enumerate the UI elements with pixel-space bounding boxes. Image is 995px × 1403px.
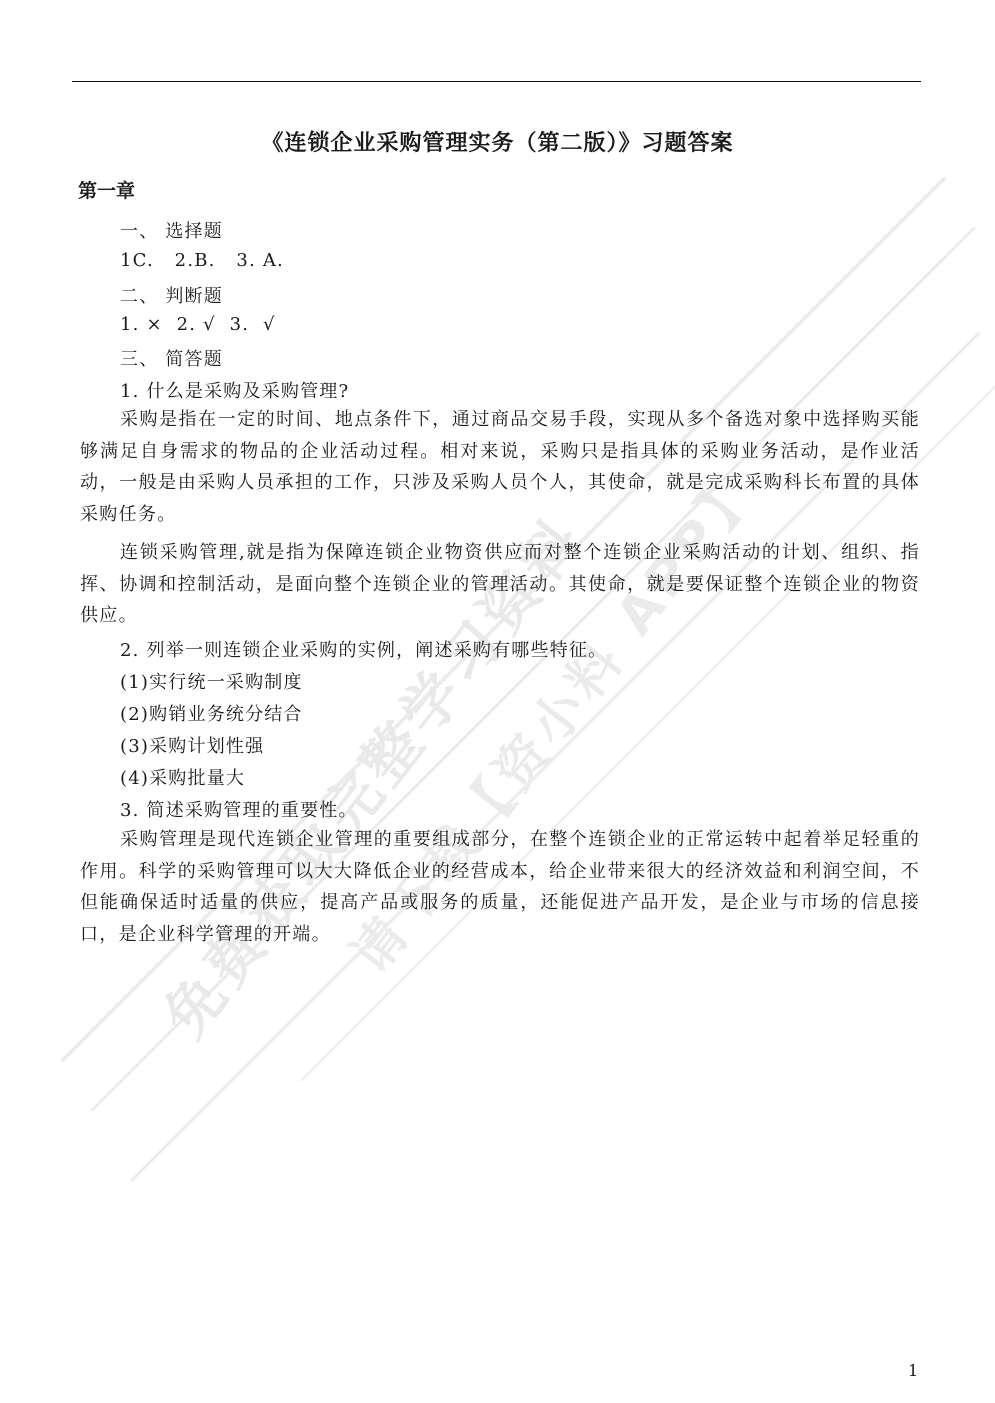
section-heading-judgment: 二、 判断题 (120, 282, 223, 308)
question-2: 2. 列举一则连锁企业采购的实例，阐述采购有哪些特征。 (120, 636, 607, 662)
document-title: 《连锁企业采购管理实务（第二版）》习题答案 (0, 126, 995, 157)
feature-item-2: (2)购销业务统分结合 (120, 700, 303, 726)
answer-3-paragraph: 采购管理是现代连锁企业管理的重要组成部分，在整个连锁企业的正常运转中起着举足轻重… (80, 824, 920, 950)
question-1: 1. 什么是采购及采购管理? (120, 377, 349, 403)
feature-item-1: (1)实行统一采购制度 (120, 668, 303, 694)
choice-answers: 1C. 2.B. 3. A. (120, 250, 284, 271)
answer-1-paragraph-2: 连锁采购管理,就是指为保障连锁企业物资供应而对整个连锁企业采购活动的计划、组织、… (80, 537, 920, 632)
answer-1-paragraph-1: 采购是指在一定的时间、地点条件下，通过商品交易手段，实现从多个备选对象中选择购买… (80, 404, 920, 530)
judgment-answers: 1. × 2. √ 3. √ (120, 314, 276, 335)
feature-item-4: (4)采购批量大 (120, 764, 245, 790)
header-rule (72, 81, 921, 82)
section-heading-short-answer: 三、 简答题 (120, 345, 223, 371)
chapter-heading: 第一章 (78, 176, 135, 203)
question-3: 3. 简述采购管理的重要性。 (120, 796, 358, 822)
feature-item-3: (3)采购计划性强 (120, 732, 264, 758)
page-number: 1 (908, 1361, 918, 1380)
section-heading-choice: 一、 选择题 (120, 217, 223, 243)
